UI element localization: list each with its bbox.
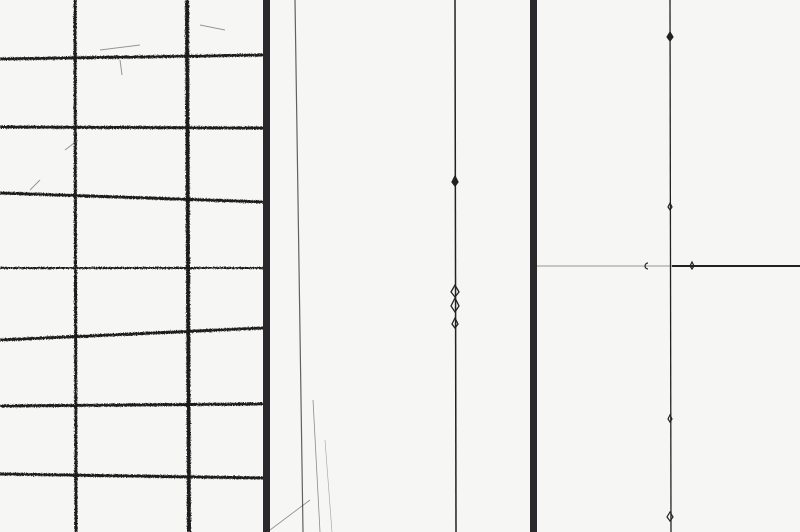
- panel-grid-fold: [0, 0, 263, 532]
- cross-fold-lines: [537, 0, 800, 532]
- panel-cross-fold: [537, 0, 800, 532]
- vertical-fold-lines: [270, 0, 530, 532]
- texture-collage: [0, 0, 800, 532]
- panel-vertical-fold: [270, 0, 530, 532]
- grid-fold-lines: [0, 0, 263, 532]
